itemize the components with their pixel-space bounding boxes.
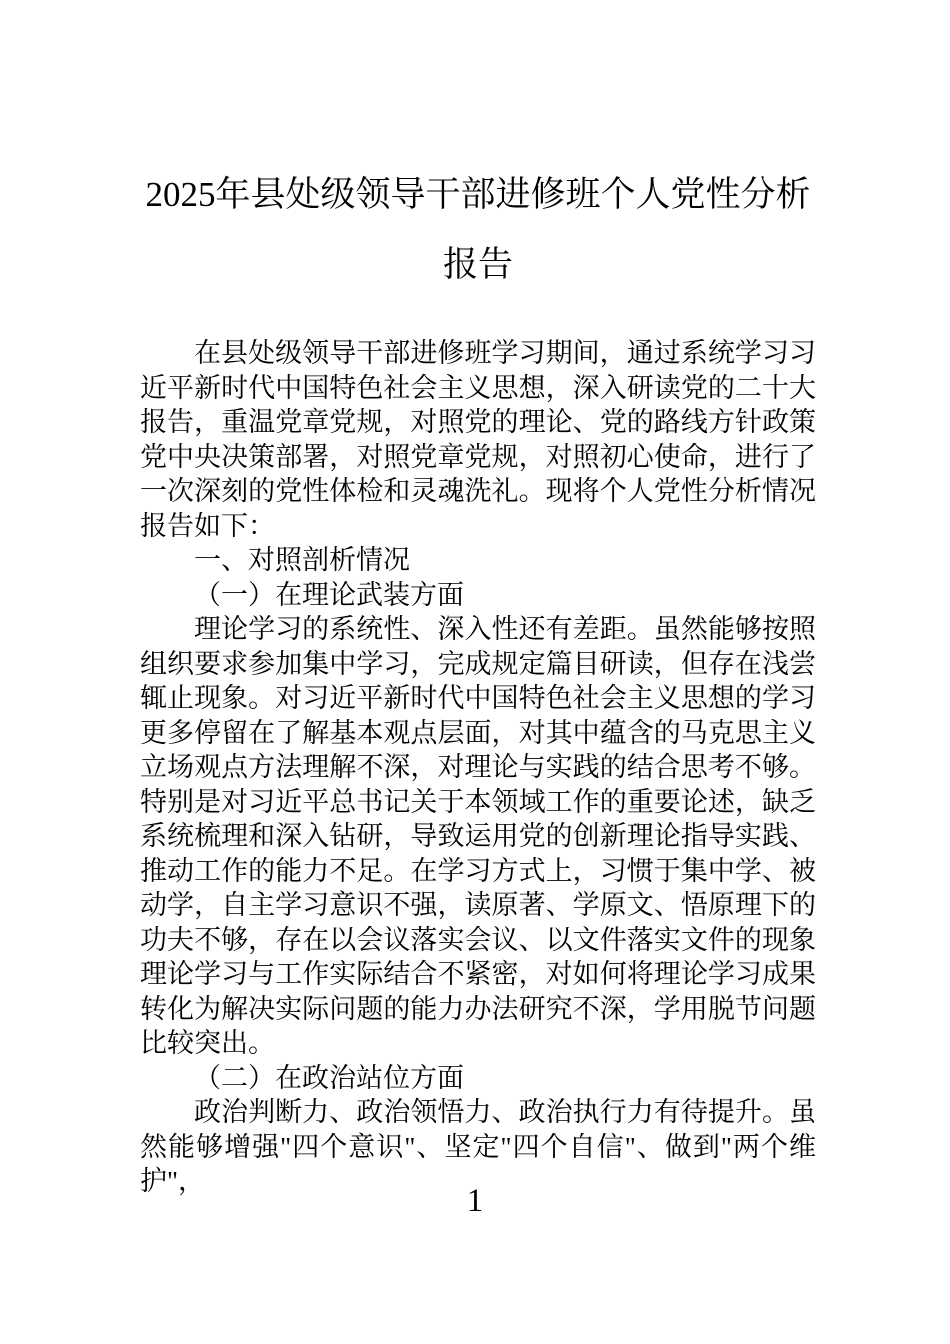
document-page: 2025年县处级领导干部进修班个人党性分析报告 在县处级领导干部进修班学习期间，… [0, 0, 950, 1344]
paragraph: （一）在理论武装方面 [140, 578, 816, 613]
paragraph: 理论学习的系统性、深入性还有差距。虽然能够按照组织要求参加集中学习，完成规定篇目… [140, 612, 816, 1061]
document-title: 2025年县处级领导干部进修班个人党性分析报告 [140, 160, 816, 300]
paragraph: （二）在政治站位方面 [140, 1061, 816, 1096]
paragraph: 在县处级领导干部进修班学习期间，通过系统学习习近平新时代中国特色社会主义思想，深… [140, 336, 816, 543]
document-body: 在县处级领导干部进修班学习期间，通过系统学习习近平新时代中国特色社会主义思想，深… [140, 336, 816, 1199]
page-number: 1 [0, 1184, 950, 1218]
paragraph: 一、对照剖析情况 [140, 543, 816, 578]
